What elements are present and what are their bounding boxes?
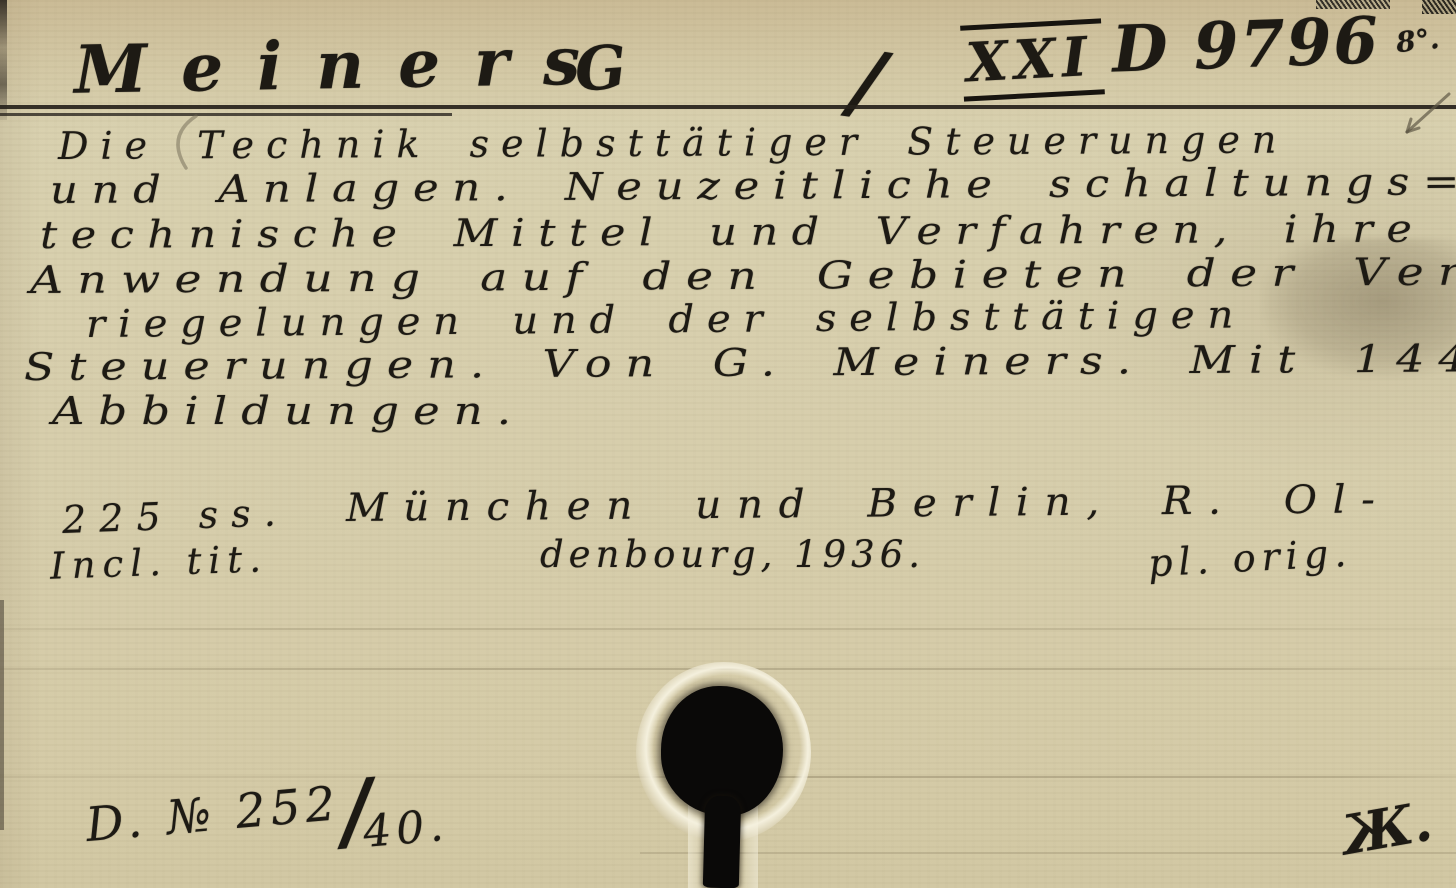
catalog-card: Meiners G / XXI D 9796 8°. Die Technik s… — [0, 0, 1456, 888]
punch-hole-slot — [703, 796, 741, 888]
accession-denominator: 40. — [361, 800, 450, 858]
card-crease-line — [0, 628, 1456, 630]
imprint-line-2: denbourg, 1936. — [540, 533, 925, 576]
accession-number: D. № 252/40. — [82, 752, 460, 883]
binding-note: pl. orig. — [1147, 531, 1353, 586]
shelfmark-class: XXI — [960, 18, 1105, 101]
title-line: Abbildungen. — [52, 389, 525, 433]
pencil-arrow-mark — [1407, 94, 1449, 132]
card-crease-line — [640, 852, 1456, 854]
heading-rule — [0, 105, 1456, 109]
author-heading: Meiners — [73, 21, 614, 108]
collation-note: Incl. tit. — [49, 537, 268, 588]
accession-numerator: 252 — [233, 776, 342, 840]
title-line: technische Mittel und Verfahren, ihre — [40, 207, 1426, 257]
scan-edge-artifact-left — [0, 0, 7, 120]
format-notation: 8°. — [1394, 22, 1440, 59]
shelfmark-number: D 9796 — [1111, 3, 1381, 87]
title-line: Die Technik selbsttätiger Steuerungen — [58, 118, 1289, 168]
scan-edge-artifact-corner — [1422, 0, 1456, 14]
imprint-line-1: München und Berlin, R. Ol- — [346, 477, 1391, 531]
heading-rule-secondary — [0, 113, 452, 116]
author-initial: G — [573, 32, 633, 106]
collation-pages: 225 ss. — [61, 490, 289, 542]
title-line: und Anlagen. Neuzeitliche schaltungs= — [50, 159, 1456, 212]
cataloguer-monogram: Ж. — [1337, 789, 1436, 868]
accession-prefix: D. № — [84, 787, 219, 853]
title-line: Steuerungen. Von G. Meiners. Mit 144 — [24, 336, 1456, 389]
heading-flourish-stroke: / — [845, 30, 889, 132]
scan-edge-artifact-left-lower — [0, 600, 4, 830]
